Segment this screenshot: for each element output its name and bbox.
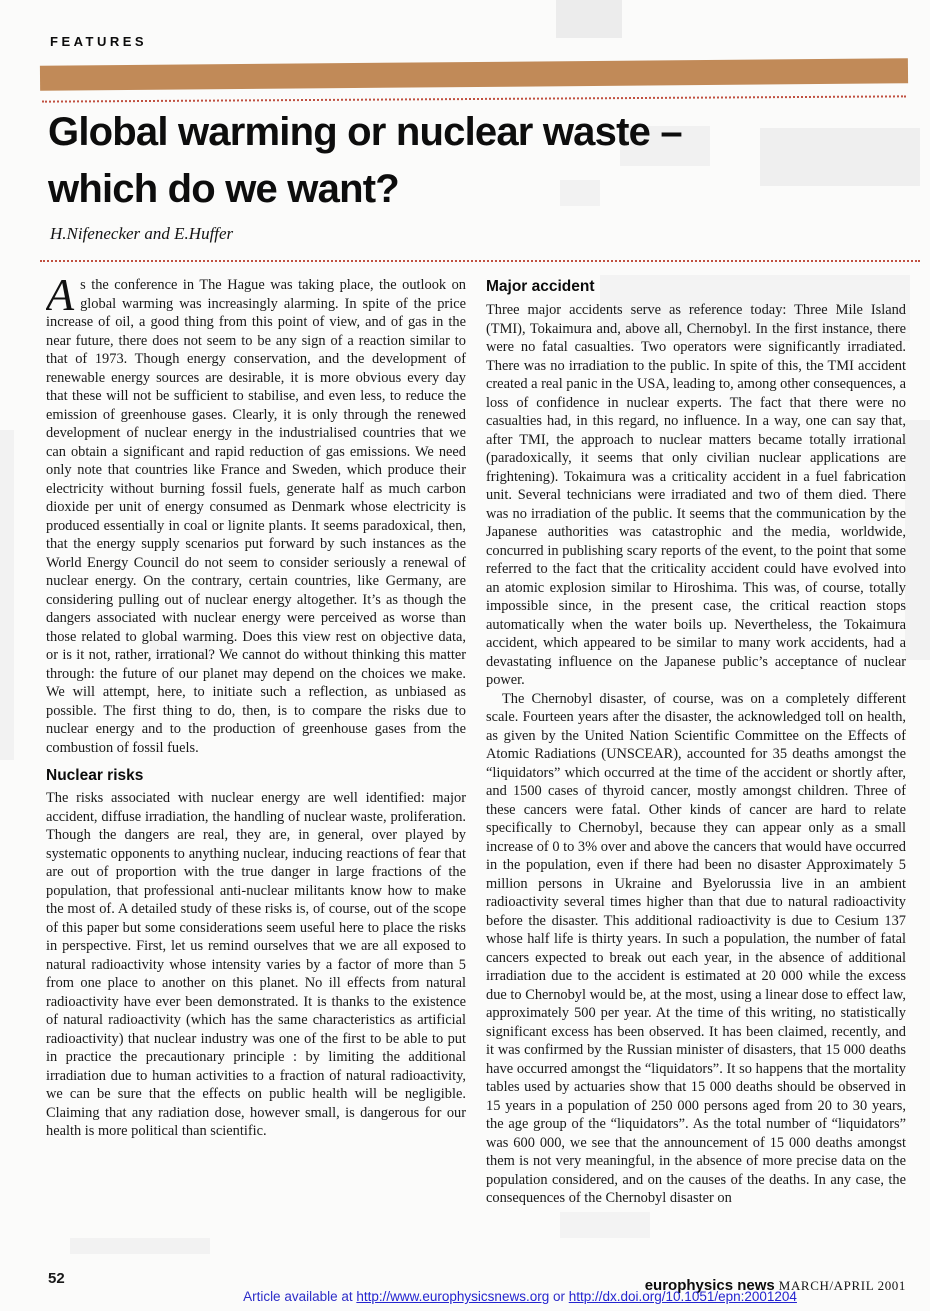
right-column: Major accident Three major accidents ser…: [486, 276, 906, 1282]
dotted-rule-columns: [40, 260, 920, 262]
article-title-line2: which do we want?: [48, 161, 682, 218]
section-kicker: FEATURES: [50, 34, 147, 49]
scan-smudge: [556, 0, 622, 38]
article-body: As the conference in The Hague was takin…: [46, 276, 906, 1282]
intro-text: s the conference in The Hague was taking…: [46, 277, 466, 756]
magazine-page: FEATURES Global warming or nuclear waste…: [0, 0, 930, 1311]
article-title: Global warming or nuclear waste – which …: [48, 104, 682, 218]
article-byline: H.Nifenecker and E.Huffer: [50, 224, 233, 244]
availability-prefix: Article available at: [243, 1289, 356, 1304]
nuclear-risks-paragraph: The risks associated with nuclear energy…: [46, 789, 466, 1141]
dropcap-letter: A: [46, 276, 80, 312]
dotted-rule-top: [42, 95, 906, 102]
scan-smudge: [905, 420, 930, 660]
accent-bar: [40, 58, 908, 91]
availability-stamp: Article available at http://www.europhys…: [55, 1289, 930, 1304]
doi-url-link[interactable]: http://dx.doi.org/10.1051/epn:2001204: [569, 1289, 797, 1304]
section-heading-nuclear-risks: Nuclear risks: [46, 767, 466, 785]
intro-paragraph: As the conference in The Hague was takin…: [46, 276, 466, 757]
major-accident-paragraph-2: The Chernobyl disaster, of course, was o…: [486, 690, 906, 1208]
major-accident-paragraph-1: Three major accidents serve as reference…: [486, 301, 906, 690]
article-title-line1: Global warming or nuclear waste –: [48, 104, 682, 161]
scan-smudge: [760, 128, 920, 186]
availability-separator: or: [549, 1289, 569, 1304]
scan-smudge: [0, 430, 14, 760]
journal-url-link[interactable]: http://www.europhysicsnews.org: [356, 1289, 549, 1304]
left-column: As the conference in The Hague was takin…: [46, 276, 466, 1282]
section-heading-major-accident: Major accident: [486, 276, 906, 296]
page-number: 52: [48, 1270, 65, 1287]
